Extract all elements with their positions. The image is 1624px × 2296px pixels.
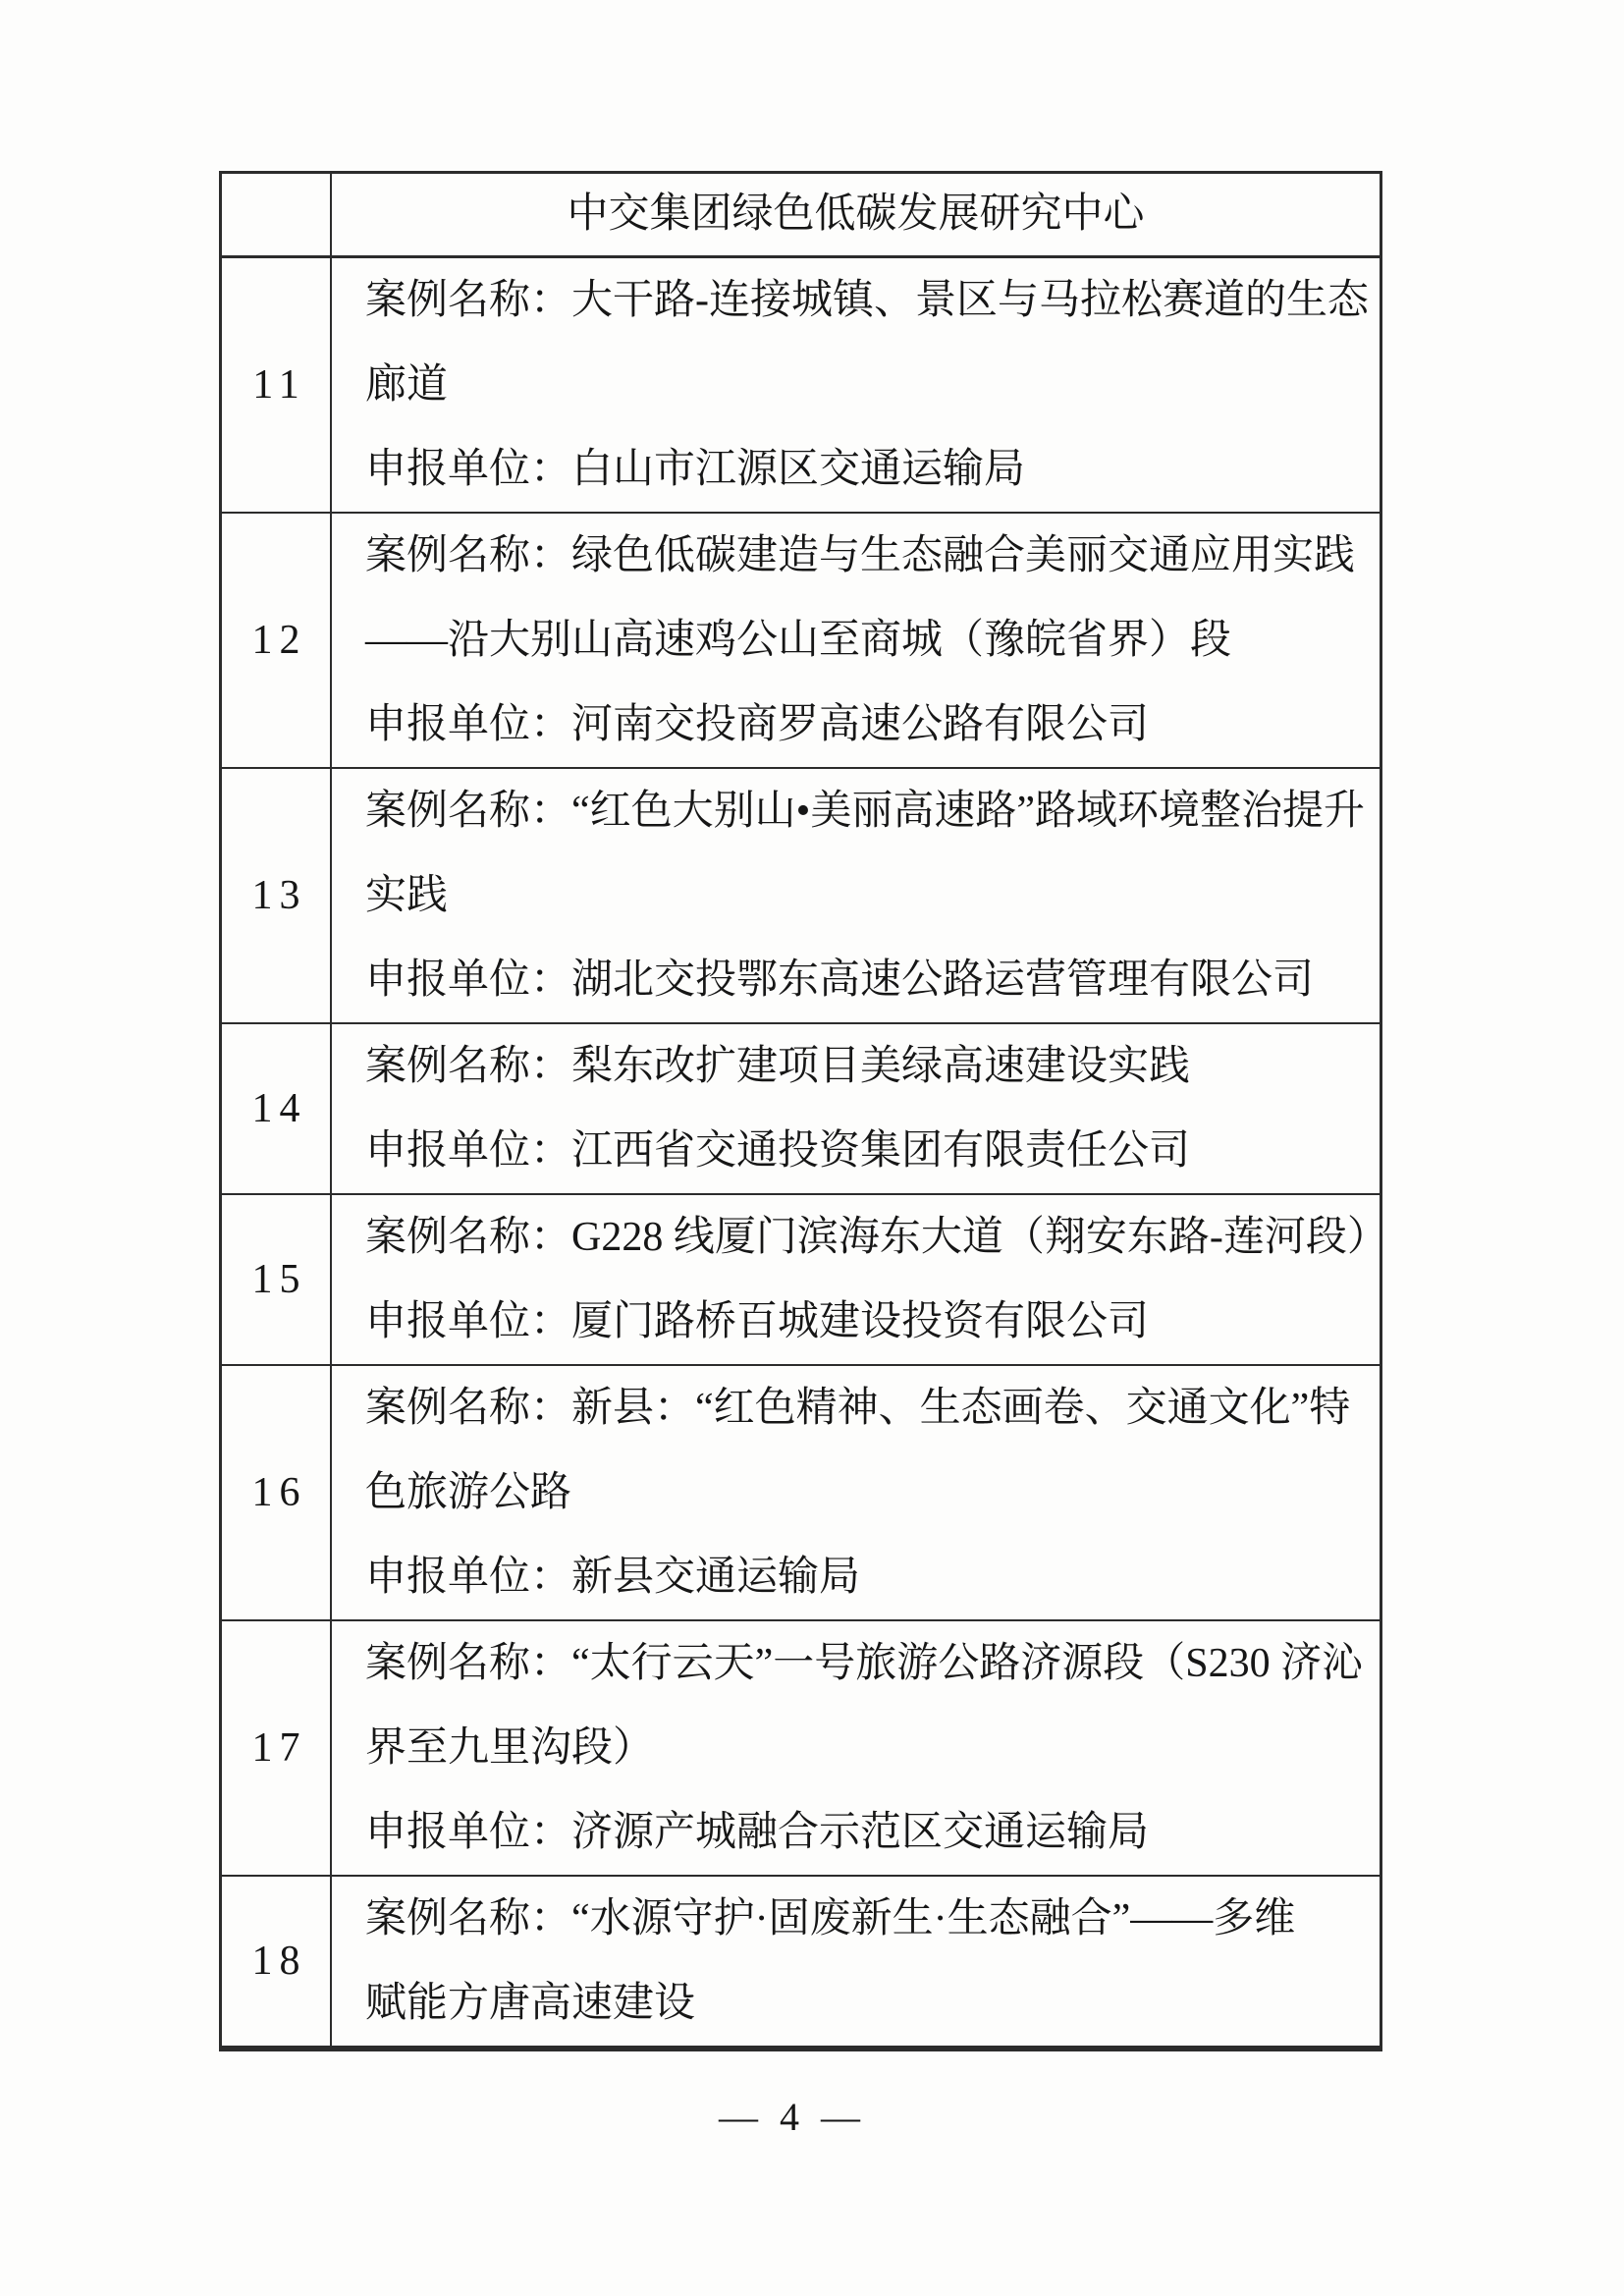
case-cell: 案例名称：新县：“红色精神、生态画卷、交通文化”特 色旅游公路 申报单位：新县交… xyxy=(332,1366,1380,1619)
row-number: 11 xyxy=(222,258,332,512)
table-row-12: 12 案例名称：绿色低碳建造与生态融合美丽交通应用实践 ——沿大别山高速鸡公山至… xyxy=(222,514,1380,769)
table-row-header-continuation: 中交集团绿色低碳发展研究中心 xyxy=(222,174,1380,258)
row-number: 18 xyxy=(222,1877,332,2046)
table-row-11: 11 案例名称：大干路-连接城镇、景区与马拉松赛道的生态 廊道 申报单位：白山市… xyxy=(222,258,1380,514)
case-name-line-2: 界至九里沟段） xyxy=(365,1706,1372,1790)
case-name-line-2: 实践 xyxy=(365,853,1372,938)
case-cell: 案例名称：“红色大别山•美丽高速路”路域环境整治提升 实践 申报单位：湖北交投鄂… xyxy=(332,769,1380,1022)
table-row-16: 16 案例名称：新县：“红色精神、生态画卷、交通文化”特 色旅游公路 申报单位：… xyxy=(222,1366,1380,1621)
row-number: 14 xyxy=(222,1024,332,1193)
declaring-unit-line: 申报单位：湖北交投鄂东高速公路运营管理有限公司 xyxy=(365,938,1372,1022)
row-number-cell-empty xyxy=(222,174,332,255)
document-page: 中交集团绿色低碳发展研究中心 11 案例名称：大干路-连接城镇、景区与马拉松赛道… xyxy=(0,0,1624,2296)
case-cell: 案例名称：梨东改扩建项目美绿高速建设实践 申报单位：江西省交通投资集团有限责任公… xyxy=(332,1024,1380,1193)
case-name-line-2: 廊道 xyxy=(365,343,1372,427)
table-row-14: 14 案例名称：梨东改扩建项目美绿高速建设实践 申报单位：江西省交通投资集团有限… xyxy=(222,1024,1380,1195)
case-cell: 案例名称：“太行云天”一号旅游公路济源段（S230 济沁 界至九里沟段） 申报单… xyxy=(332,1621,1380,1875)
case-name-line-2: 色旅游公路 xyxy=(365,1450,1372,1535)
row-number: 12 xyxy=(222,514,332,767)
row-number: 17 xyxy=(222,1621,332,1875)
case-name-line-2: 赋能方唐高速建设 xyxy=(365,1961,1372,2046)
declaring-unit-line: 申报单位：厦门路桥百城建设投资有限公司 xyxy=(365,1280,1372,1364)
case-name-line-1: 案例名称：G228 线厦门滨海东大道（翔安东路-莲河段） xyxy=(365,1195,1372,1280)
row-number: 16 xyxy=(222,1366,332,1619)
case-name-line-2: ——沿大别山高速鸡公山至商城（豫皖省界）段 xyxy=(365,598,1372,683)
case-cell: 案例名称：G228 线厦门滨海东大道（翔安东路-莲河段） 申报单位：厦门路桥百城… xyxy=(332,1195,1380,1364)
declaring-unit-line: 申报单位：河南交投商罗高速公路有限公司 xyxy=(365,683,1372,767)
page-number: — 4 — xyxy=(0,2094,1585,2140)
table-row-15: 15 案例名称：G228 线厦门滨海东大道（翔安东路-莲河段） 申报单位：厦门路… xyxy=(222,1195,1380,1366)
case-cell: 案例名称：大干路-连接城镇、景区与马拉松赛道的生态 廊道 申报单位：白山市江源区… xyxy=(332,258,1380,512)
case-name-line-1: 案例名称：新县：“红色精神、生态画卷、交通文化”特 xyxy=(365,1366,1372,1450)
case-cell: 案例名称：“水源守护·固废新生·生态融合”——多维 赋能方唐高速建设 xyxy=(332,1877,1380,2046)
declaring-unit-line: 申报单位：济源产城融合示范区交通运输局 xyxy=(365,1790,1372,1875)
case-name-line-1: 案例名称：大干路-连接城镇、景区与马拉松赛道的生态 xyxy=(365,258,1372,343)
case-name-line-1: 案例名称：“红色大别山•美丽高速路”路域环境整治提升 xyxy=(365,769,1372,853)
case-name-line-1: 案例名称：绿色低碳建造与生态融合美丽交通应用实践 xyxy=(365,514,1372,598)
table-row-17: 17 案例名称：“太行云天”一号旅游公路济源段（S230 济沁 界至九里沟段） … xyxy=(222,1621,1380,1877)
declaring-unit-line: 申报单位：江西省交通投资集团有限责任公司 xyxy=(365,1109,1372,1193)
case-name-line-1: 案例名称：梨东改扩建项目美绿高速建设实践 xyxy=(365,1024,1372,1109)
table-row-13: 13 案例名称：“红色大别山•美丽高速路”路域环境整治提升 实践 申报单位：湖北… xyxy=(222,769,1380,1024)
case-name-line-1: 案例名称：“太行云天”一号旅游公路济源段（S230 济沁 xyxy=(365,1621,1372,1706)
declaring-unit-line: 申报单位：白山市江源区交通运输局 xyxy=(365,427,1372,512)
case-list-table: 中交集团绿色低碳发展研究中心 11 案例名称：大干路-连接城镇、景区与马拉松赛道… xyxy=(219,171,1382,2051)
row-number: 15 xyxy=(222,1195,332,1364)
declaring-unit-line: 申报单位：新县交通运输局 xyxy=(365,1535,1372,1619)
table-row-18: 18 案例名称：“水源守护·固废新生·生态融合”——多维 赋能方唐高速建设 xyxy=(222,1877,1380,2049)
case-cell: 案例名称：绿色低碳建造与生态融合美丽交通应用实践 ——沿大别山高速鸡公山至商城（… xyxy=(332,514,1380,767)
case-name-line-1: 案例名称：“水源守护·固废新生·生态融合”——多维 xyxy=(365,1877,1372,1961)
unit-continuation-cell: 中交集团绿色低碳发展研究中心 xyxy=(332,174,1380,255)
row-number: 13 xyxy=(222,769,332,1022)
unit-continuation-text: 中交集团绿色低碳发展研究中心 xyxy=(332,174,1380,255)
